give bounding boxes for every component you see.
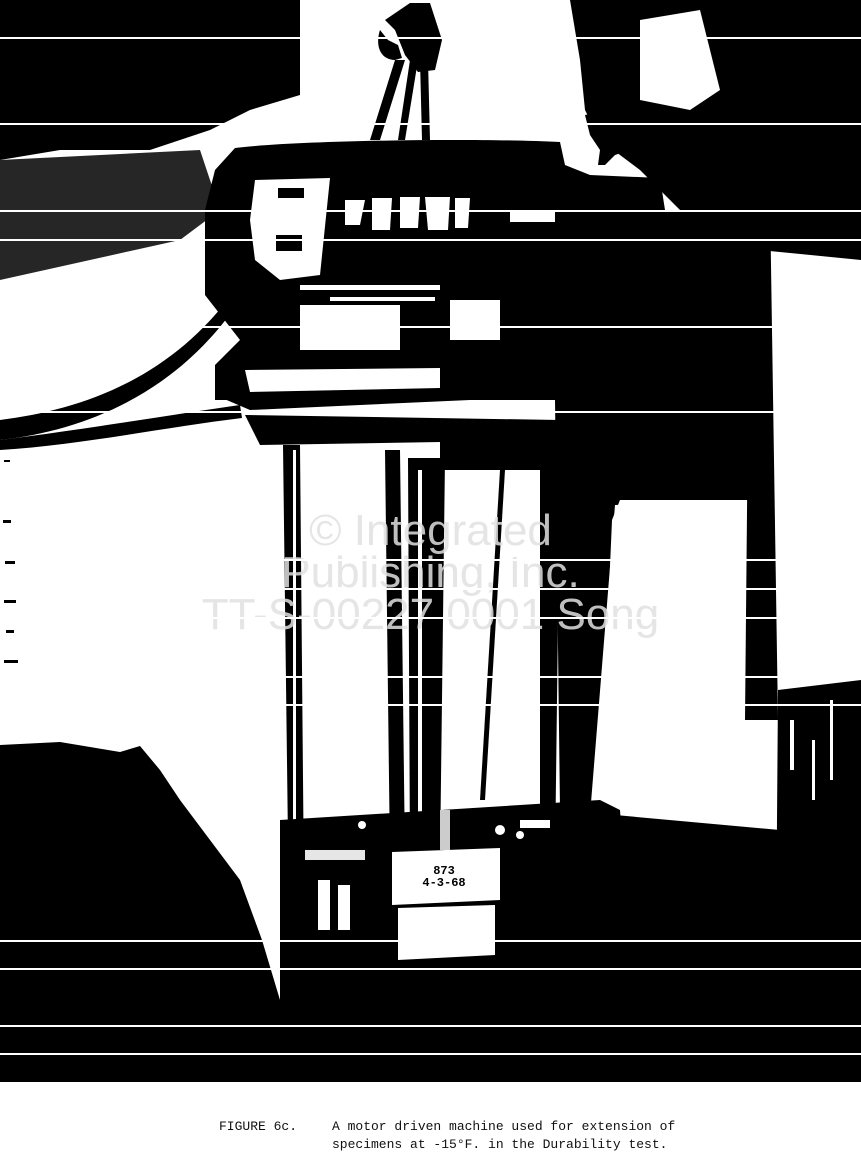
scan-line — [0, 676, 861, 678]
scan-line — [0, 559, 861, 561]
scan-line — [0, 968, 861, 970]
scan-line — [0, 123, 861, 125]
scan-line — [0, 940, 861, 942]
scan-line — [0, 704, 861, 706]
figure-number: FIGURE 6c. — [219, 1118, 332, 1136]
specimen-tag: 873 4-3-68 — [400, 865, 488, 889]
scan-line — [0, 617, 861, 619]
caption-line2: specimens at -15°F. in the Durability te… — [219, 1136, 675, 1154]
scan-line — [0, 239, 861, 241]
scan-line — [0, 210, 861, 212]
scan-line — [0, 588, 861, 590]
figure-caption: FIGURE 6c.A motor driven machine used fo… — [219, 1118, 675, 1154]
caption-line1: A motor driven machine used for extensio… — [332, 1119, 675, 1134]
scan-line — [0, 1053, 861, 1055]
scan-line — [0, 411, 861, 413]
scan-line — [0, 1025, 861, 1027]
specimen-tag-line2: 4-3-68 — [400, 877, 488, 889]
scan-line — [0, 37, 861, 39]
scan-line — [0, 326, 861, 328]
figure-photo: 873 4-3-68 © Integrated Publishing, Inc.… — [0, 0, 861, 1082]
machine-photo-illustration — [0, 0, 861, 1082]
